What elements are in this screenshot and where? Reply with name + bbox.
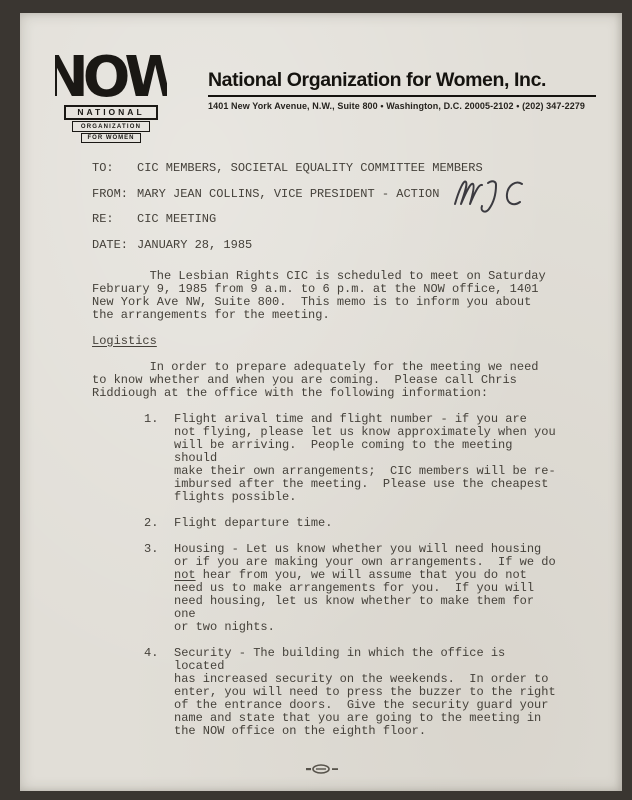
field-date: DATE: JANUARY 28, 1985 [92, 239, 622, 252]
memo-page: NOW NATIONAL ORGANIZATION FOR WOMEN Nati… [20, 13, 622, 791]
list-item-3-text: Housing - Let us know whether you will n… [174, 543, 562, 634]
list-item-1-number: 1. [144, 413, 174, 504]
letterhead-rule [208, 95, 596, 97]
now-logo: NOW NATIONAL ORGANIZATION FOR WOMEN [55, 38, 167, 143]
field-date-value: JANUARY 28, 1985 [137, 239, 252, 252]
list-item-3: 3. Housing - Let us know whether you wil… [92, 543, 562, 634]
list-item-4-indent [92, 647, 144, 738]
list-item-4-number: 4. [144, 647, 174, 738]
memo-header-fields: TO: CIC MEMBERS, SOCIETAL EQUALITY COMMI… [92, 162, 622, 252]
letterhead: NOW NATIONAL ORGANIZATION FOR WOMEN Nati… [55, 38, 622, 143]
logistics-paragraph: In order to prepare adequately for the m… [92, 361, 562, 400]
now-logo-monogram-icon: NOW [55, 38, 167, 104]
intro-paragraph: The Lesbian Rights CIC is scheduled to m… [92, 270, 562, 322]
letterhead-address: 1401 New York Avenue, N.W., Suite 800 • … [208, 101, 596, 111]
field-to: TO: CIC MEMBERS, SOCIETAL EQUALITY COMMI… [92, 162, 622, 175]
list-item-2-number: 2. [144, 517, 174, 530]
list-item-4: 4. Security - The building in which the … [92, 647, 562, 738]
field-re: RE: CIC MEETING [92, 213, 622, 226]
field-to-label: TO: [92, 162, 137, 175]
list-item-3-underlined-word: not [174, 568, 196, 582]
list-item-1: 1. Flight arival time and flight number … [92, 413, 562, 504]
memo-body: The Lesbian Rights CIC is scheduled to m… [92, 270, 562, 738]
list-item-3-text-before: Housing - Let us know whether you will n… [174, 542, 556, 569]
field-date-label: DATE: [92, 239, 137, 252]
logistics-heading: Logistics [92, 335, 157, 348]
organization-name: National Organization for Women, Inc. [208, 69, 596, 92]
list-item-2-indent [92, 517, 144, 530]
field-from-value: MARY JEAN COLLINS, VICE PRESIDENT - ACTI… [137, 188, 439, 201]
list-item-2: 2. Flight departure time. [92, 517, 562, 530]
list-item-1-indent [92, 413, 144, 504]
list-item-1-text: Flight arival time and flight number - i… [174, 413, 562, 504]
field-re-label: RE: [92, 213, 137, 226]
list-item-3-number: 3. [144, 543, 174, 634]
list-item-3-text-after: hear from you, we will assume that you d… [174, 568, 541, 634]
list-item-4-text: Security - The building in which the off… [174, 647, 562, 738]
logo-for-women-label: FOR WOMEN [81, 133, 141, 143]
list-item-3-indent [92, 543, 144, 634]
handwritten-initials-mjc [452, 170, 530, 214]
union-label-mark [305, 764, 339, 774]
now-logo-letters: NOW [55, 45, 167, 104]
letterhead-text-block: National Organization for Women, Inc. 14… [208, 38, 596, 143]
logo-organization-label: ORGANIZATION [72, 121, 150, 132]
field-from: FROM: MARY JEAN COLLINS, VICE PRESIDENT … [92, 188, 622, 201]
list-item-2-text: Flight departure time. [174, 517, 562, 530]
field-re-value: CIC MEETING [137, 213, 216, 226]
field-from-label: FROM: [92, 188, 137, 201]
field-to-value: CIC MEMBERS, SOCIETAL EQUALITY COMMITTEE… [137, 162, 483, 175]
logo-national-label: NATIONAL [64, 105, 158, 120]
